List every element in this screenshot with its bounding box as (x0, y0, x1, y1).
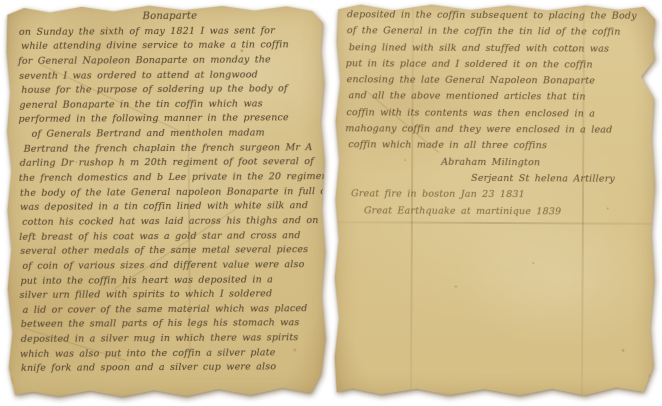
manuscript-page-left: Bonaparteon Sunday the sixth of may 1821… (5, 3, 327, 399)
manuscript-line: Great Earthquake at martinique 1839 (346, 203, 650, 221)
manuscript-line: house for the purpose of soldering up th… (21, 82, 321, 98)
manuscript-line: put in its place and I soldered it on th… (346, 56, 651, 74)
manuscript-line: Abraham Milington (346, 154, 650, 172)
manuscript-line: deposited in the coffin subsequent to pl… (347, 7, 651, 25)
handwritten-text-right: deposited in the coffin subsequent to pl… (346, 7, 651, 220)
manuscript-line: of coin of various sizes and different v… (22, 258, 322, 274)
manuscript-scan: Bonaparteon Sunday the sixth of may 1821… (0, 0, 662, 406)
torn-edge-fragment (5, 327, 13, 339)
manuscript-line: the french domestics and b Lee private i… (19, 170, 322, 186)
manuscript-line: performed in the following manner in the… (18, 112, 321, 128)
manuscript-line: of the General in the coffin the tin lid… (347, 24, 651, 42)
manuscript-line: coffin with its contents was then enclos… (346, 105, 650, 123)
manuscript-line: while attending divine service to make a… (21, 38, 321, 54)
manuscript-line: cotton his cocked hat was laid across hi… (22, 214, 322, 230)
manuscript-line: knife fork and spoon and a silver cup we… (21, 360, 323, 376)
manuscript-line: mahogany coffin and they were enclosed i… (345, 121, 650, 139)
fold-line (334, 221, 656, 225)
manuscript-page-right: deposited in the coffin subsequent to pl… (333, 2, 657, 398)
manuscript-line: coffin which made in all three coffins (348, 138, 650, 156)
torn-edge-fragment (651, 70, 659, 80)
manuscript-line: being lined with silk and stuffed with c… (349, 40, 651, 58)
torn-edge-fragment (7, 377, 13, 386)
torn-edge-fragment (648, 374, 656, 383)
manuscript-line: deposited in a silver mug in which there… (21, 331, 323, 347)
manuscript-line: Great fire in boston Jan 23 1831 (345, 186, 650, 204)
manuscript-page-left-wrap: Bonaparteon Sunday the sixth of may 1821… (5, 3, 327, 399)
manuscript-line: Serjeant St helena Artillery (346, 170, 650, 188)
manuscript-line: enclosing the late General Napoleon Bona… (347, 72, 651, 90)
manuscript-page-right-wrap: deposited in the coffin subsequent to pl… (333, 2, 657, 398)
manuscript-line: several other medals of the same metal s… (20, 243, 322, 259)
manuscript-line: and all the above mentioned articles tha… (348, 89, 650, 107)
handwritten-text-left: Bonaparteon Sunday the sixth of may 1821… (19, 9, 323, 377)
